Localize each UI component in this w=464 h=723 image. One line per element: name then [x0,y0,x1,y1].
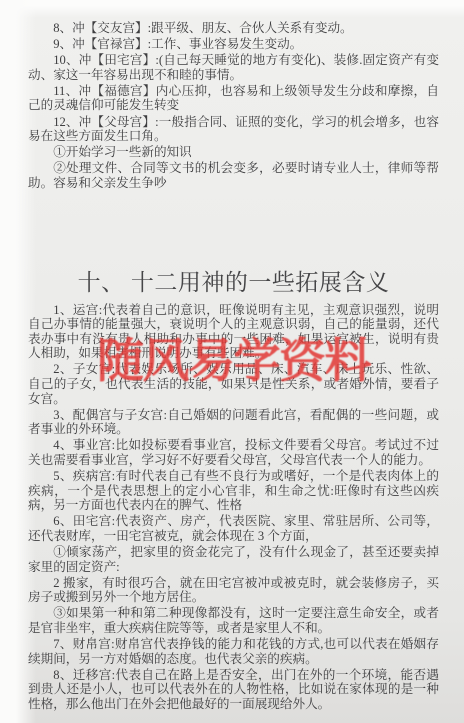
page-text-layer: 8、冲【交友宫】:跟平级、朋友、合伙人关系有变动。 9、冲【官禄宫】:工作、事业… [0,0,464,713]
subitem-3-safety: ③如果第一种和第二种现像都没有，这时一定要注意生命安全，或者是官非坐牢，重大疾病… [28,606,439,635]
item-8-qianyigong: 8、迁移宫:代表自己在路上是否安全，出门在外的一个环境，能否遇到贵人还是小人，也… [28,668,439,712]
subitem-2-documents: ②处理文件、合同等文书的机会变多，必要时请专业人士，律师等帮助。容易和父亲发生争… [28,161,439,190]
item-3-peiougong: 3、配偶宫与子女宫:自己婚姻的问题看此宫，看配偶的一些问题，或者事业的外环境。 [28,408,439,437]
subitem-1-qingjiadangchan: ①倾家荡产，把家里的资金花完了，没有什么现金了，甚至还要卖掉家里的固定资产: [28,545,439,574]
section-twelve-yongshen-meanings: 1、运宫:代表着自己的意识，旺像说明有主见，主观意识强烈，说明自己办事情的能量强… [28,303,439,712]
section-chong-gong-continuation: 8、冲【交友宫】:跟平级、朋友、合伙人关系有变动。 9、冲【官禄宫】:工作、事业… [28,21,439,191]
item-12-chong-fumugong: 12、冲【父母宫】:一般指合同、证照的变化，学习的机会增多，也容易在这些方面发生… [28,115,439,144]
item-4-shiyegong: 4、事业宫:比如投标要看事业宫，投标文件要看父母宫。考试过不过关也需要看事业宫，… [28,438,439,467]
item-10-chong-tianzhaigong: 10、冲【田宅宫】:(自己每天睡觉的地方有变化)、装修.固定资产有变动、家这一年… [28,53,439,82]
scanned-document-page: 8、冲【交友宫】:跟平级、朋友、合伙人关系有变动。 9、冲【官禄宫】:工作、事业… [0,0,464,723]
item-8-chong-jiaoyougong: 8、冲【交友宫】:跟平级、朋友、合伙人关系有变动。 [28,21,439,36]
item-7-caibogong: 7、财帛宫:财帛宫代表挣钱的能力和花钱的方式,也可以代表在婚姻存续期间，另一方对… [28,637,439,666]
item-2-zinvgong: 2、子女宫:代表娱乐场所、娱乐用品、床、汽车、床上玩乐、性欲、自己的子女，也代表… [28,362,439,406]
subitem-2-banjia: 2 搬家，有时很巧合，就在田宅宫被冲或被克时，就会装修房子，买房子或搬到另外一个… [28,576,439,605]
item-1-yungong: 1、运宫:代表着自己的意识，旺像说明有主见，主观意识强烈，说明自己办事情的能量强… [28,303,439,361]
item-11-chong-fudegong: 11、冲【福德宫】内心压抑，也容易和上级领导发生分歧和摩擦，自己的灵魂信仰可能发… [28,84,439,113]
item-9-chong-guanlugong: 9、冲【官禄宫】:工作、事业容易发生变动。 [28,37,439,52]
item-6-tianzhaigong: 6、田宅宫:代表资产、房产，代表医院、家里、常驻居所、公司等，还代表财库，一田宅… [28,514,439,543]
subitem-1-new-knowledge: ①开始学习一些新的知识 [28,145,439,160]
item-5-jibinggong: 5、疾病宫:有时代表自己有些不良行为或嗜好，一个是代表肉体上的疾病，一个是代表思… [28,469,439,513]
chapter-heading: 十、 十二用神的一些拓展含义 [28,270,439,296]
